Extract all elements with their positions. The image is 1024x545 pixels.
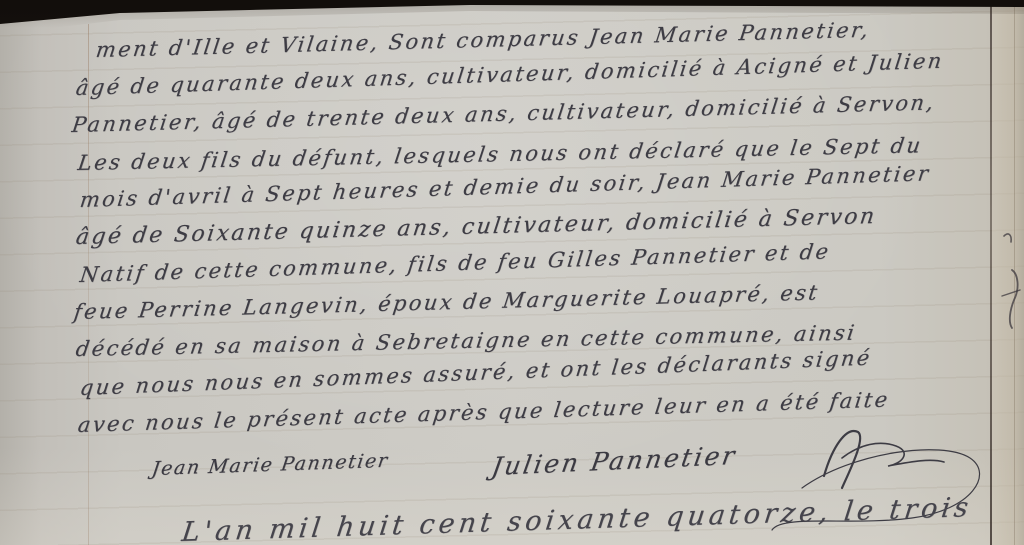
signature-jean-marie-pannetier: Jean Marie Pannetier <box>150 450 390 480</box>
handwritten-line-8: feue Perrine Langevin, époux de Margueri… <box>72 280 820 324</box>
handwritten-line-3: Pannetier, âgé de trente deux ans, culti… <box>70 90 937 137</box>
right-margin-rule <box>990 0 992 545</box>
signature-julien-pannetier: Julien Pannetier <box>490 441 740 481</box>
margin-ink-mark <box>998 230 1024 350</box>
scanned-register-page: ment d'Ille et Vilaine, Sont comparus Je… <box>0 0 1024 545</box>
